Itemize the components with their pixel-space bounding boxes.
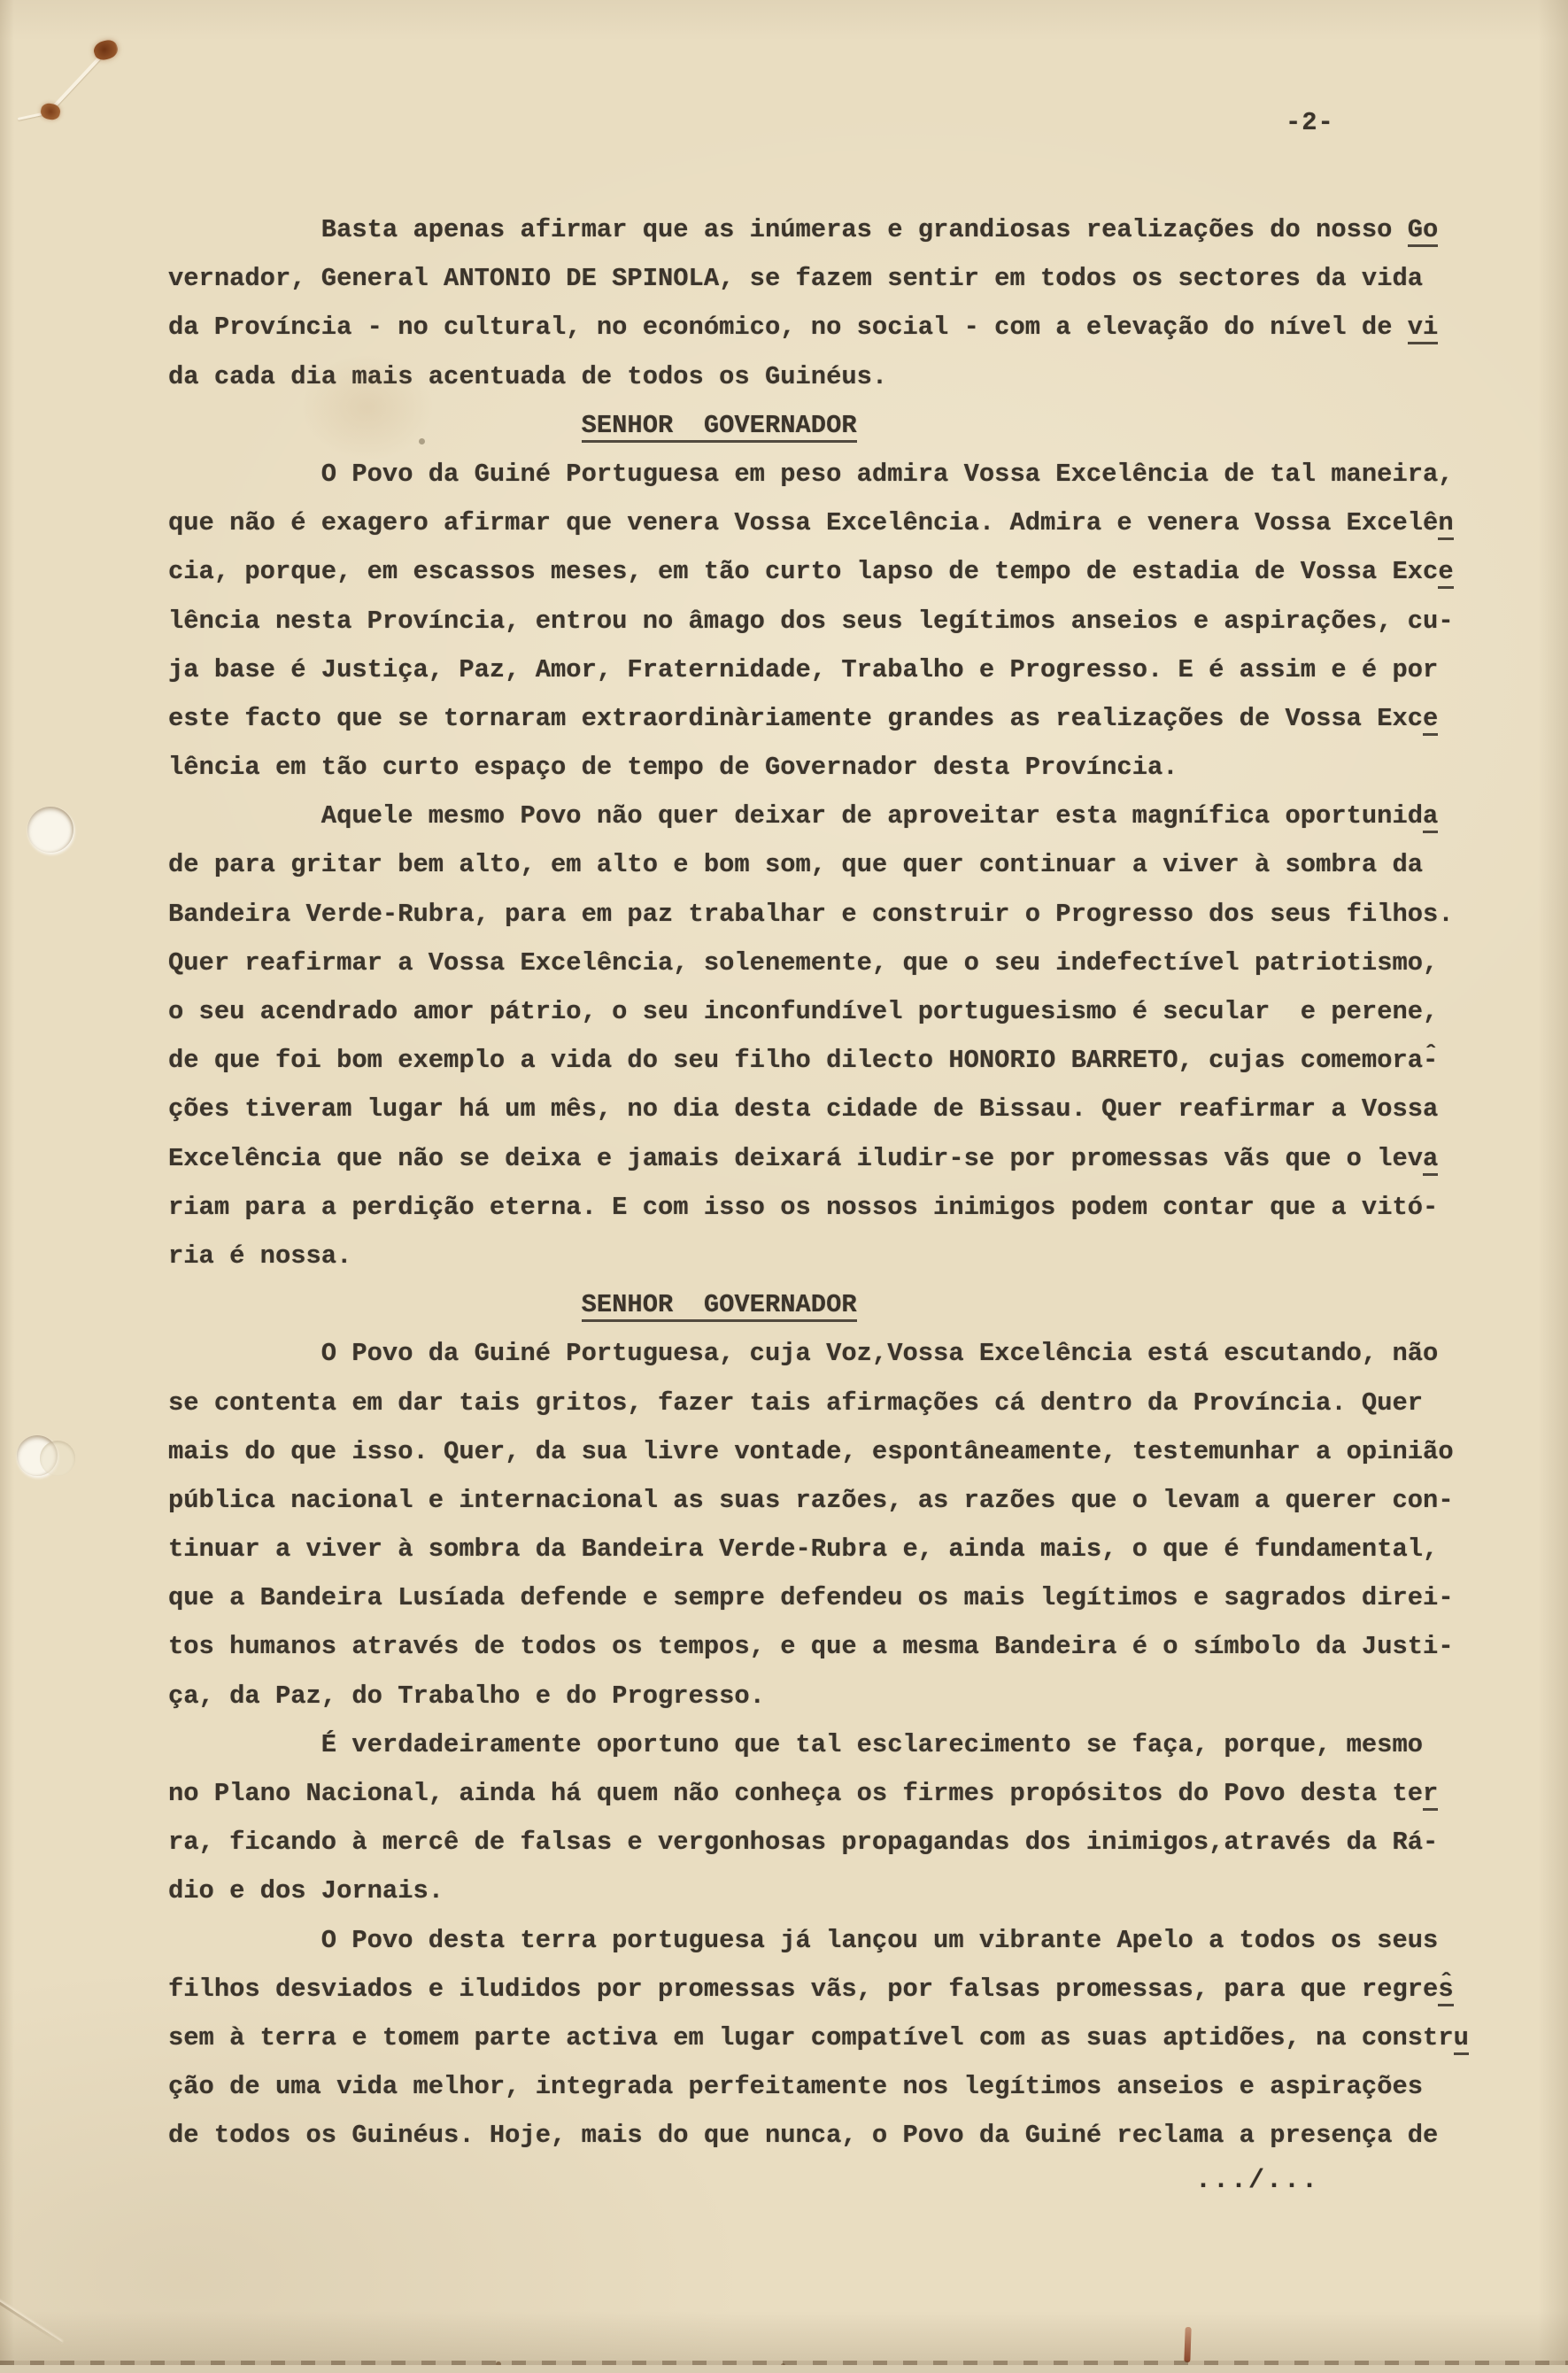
document-line: O Povo desta terra portuguesa já lançou … bbox=[168, 1916, 1496, 1965]
text-segment: r bbox=[1423, 1779, 1438, 1811]
document-line: tinuar a viver à sombra da Bandeira Verd… bbox=[168, 1525, 1496, 1573]
document-line: lência em tão curto espaço de tempo de G… bbox=[168, 743, 1496, 792]
document-text-block: Basta apenas afirmar que as inúmeras e g… bbox=[168, 205, 1496, 2160]
text-segment: mais do que isso. Quer, da sua livre von… bbox=[168, 1437, 1454, 1466]
text-segment: cia, porque, em escassos meses, em tão c… bbox=[168, 557, 1438, 586]
document-line: Basta apenas afirmar que as inúmeras e g… bbox=[168, 205, 1496, 254]
text-segment: de todos os Guinéus. Hoje, mais do que n… bbox=[168, 2121, 1438, 2150]
text-segment: u bbox=[1454, 2023, 1469, 2055]
text-segment: s bbox=[1438, 1975, 1453, 2006]
document-line: da Província - no cultural, no económico… bbox=[168, 303, 1496, 352]
document-line: cia, porque, em escassos meses, em tão c… bbox=[168, 547, 1496, 596]
document-line: que a Bandeira Lusíada defende e sempre … bbox=[168, 1573, 1496, 1622]
rust-streak bbox=[1184, 2327, 1191, 2362]
text-segment: n bbox=[1438, 508, 1453, 540]
document-line: pública nacional e internacional as suas… bbox=[168, 1476, 1496, 1525]
text-segment: a bbox=[1423, 801, 1438, 833]
section-heading: SENHOR GOVERNADOR bbox=[168, 1280, 1496, 1329]
text-segment: ções tiveram lugar há um mês, no dia des… bbox=[168, 1094, 1438, 1124]
staple-rust-mark bbox=[0, 0, 177, 177]
text-segment: vernador, General ANTONIO DE SPINOLA, se… bbox=[168, 264, 1423, 293]
text-segment: este facto que se tornaram extraordinàri… bbox=[168, 704, 1423, 733]
document-line: riam para a perdição eterna. E com isso … bbox=[168, 1183, 1496, 1232]
text-segment: de para gritar bem alto, em alto e bom s… bbox=[168, 850, 1423, 879]
paper-crease bbox=[0, 2299, 62, 2345]
document-line: dio e dos Jornais. bbox=[168, 1867, 1496, 1915]
text-segment: Aquele mesmo Povo não quer deixar de apr… bbox=[321, 801, 1423, 831]
document-line: tos humanos através de todos os tempos, … bbox=[168, 1622, 1496, 1671]
document-line: ção de uma vida melhor, integrada perfei… bbox=[168, 2062, 1496, 2111]
text-segment: vi bbox=[1408, 313, 1439, 344]
text-segment: de que foi bom exemplo a vida do seu fil… bbox=[168, 1046, 1423, 1075]
text-segment: Basta apenas afirmar que as inúmeras e g… bbox=[321, 215, 1408, 244]
text-segment: Quer reafirmar a Vossa Excelência, solen… bbox=[168, 948, 1438, 978]
text-segment: pública nacional e internacional as suas… bbox=[168, 1486, 1454, 1515]
text-segment: ça, da Paz, do Trabalho e do Progresso. bbox=[168, 1681, 765, 1711]
text-segment: Go bbox=[1408, 215, 1439, 247]
text-segment: filhos desviados e iludidos por promessa… bbox=[168, 1975, 1438, 2004]
text-segment: ra, ficando à mercê de falsas e vergonho… bbox=[168, 1828, 1438, 1857]
text-segment: que não é exagero afirmar que venera Vos… bbox=[168, 508, 1438, 537]
document-line: ra, ficando à mercê de falsas e vergonho… bbox=[168, 1818, 1496, 1867]
document-line: Excelência que não se deixa e jamais dei… bbox=[168, 1134, 1496, 1183]
document-line: vernador, General ANTONIO DE SPINOLA, se… bbox=[168, 254, 1496, 303]
document-line: mais do que isso. Quer, da sua livre von… bbox=[168, 1427, 1496, 1476]
punch-hole-top bbox=[27, 807, 73, 853]
document-line: se contenta em dar tais gritos, fazer ta… bbox=[168, 1379, 1496, 1427]
text-segment: SENHOR GOVERNADOR bbox=[582, 411, 857, 443]
paper-speck bbox=[419, 438, 425, 444]
text-segment: Bandeira Verde-Rubra, para em paz trabal… bbox=[168, 900, 1454, 929]
paper-stain bbox=[301, 354, 434, 460]
text-segment: SENHOR GOVERNADOR bbox=[582, 1290, 857, 1322]
text-segment: e bbox=[1438, 557, 1453, 589]
text-segment: lência em tão curto espaço de tempo de G… bbox=[168, 753, 1178, 782]
document-line: filhos desviados e iludidos por promessa… bbox=[168, 1965, 1496, 2014]
document-line: de todos os Guinéus. Hoje, mais do que n… bbox=[168, 2111, 1496, 2160]
document-line: Bandeira Verde-Rubra, para em paz trabal… bbox=[168, 890, 1496, 939]
text-segment: sem à terra e tomem parte activa em luga… bbox=[168, 2023, 1454, 2052]
text-segment: se contenta em dar tais gritos, fazer ta… bbox=[168, 1388, 1423, 1418]
document-line: lência nesta Província, entrou no âmago … bbox=[168, 597, 1496, 645]
text-segment: que a Bandeira Lusíada defende e sempre … bbox=[168, 1583, 1454, 1612]
document-line: sem à terra e tomem parte activa em luga… bbox=[168, 2014, 1496, 2062]
document-line: Quer reafirmar a Vossa Excelência, solen… bbox=[168, 939, 1496, 987]
text-segment: tos humanos através de todos os tempos, … bbox=[168, 1632, 1454, 1661]
text-segment: o seu acendrado amor pátrio, o seu incon… bbox=[168, 997, 1438, 1026]
text-segment: lência nesta Província, entrou no âmago … bbox=[168, 607, 1454, 636]
document-line: ja base é Justiça, Paz, Amor, Fraternida… bbox=[168, 645, 1496, 694]
text-segment: e bbox=[1423, 704, 1438, 736]
page-number: -2- bbox=[1286, 108, 1334, 137]
document-line: Aquele mesmo Povo não quer deixar de apr… bbox=[168, 792, 1496, 840]
document-line: ções tiveram lugar há um mês, no dia des… bbox=[168, 1085, 1496, 1133]
scan-background-strip bbox=[0, 2365, 1568, 2373]
text-segment: - bbox=[1423, 1046, 1438, 1075]
text-segment: tinuar a viver à sombra da Bandeira Verd… bbox=[168, 1534, 1438, 1564]
punch-hole-bottom bbox=[17, 1435, 58, 1476]
text-segment: O Povo da Guiné Portuguesa em peso admir… bbox=[321, 460, 1454, 489]
text-segment: ja base é Justiça, Paz, Amor, Fraternida… bbox=[168, 655, 1438, 684]
document-line: O Povo da Guiné Portuguesa, cuja Voz,Vos… bbox=[168, 1329, 1496, 1378]
text-segment: no Plano Nacional, ainda há quem não con… bbox=[168, 1779, 1423, 1808]
text-segment: ção de uma vida melhor, integrada perfei… bbox=[168, 2072, 1423, 2101]
text-segment: ria é nossa. bbox=[168, 1241, 351, 1271]
document-line: de que foi bom exemplo a vida do seu fil… bbox=[168, 1036, 1496, 1085]
document-line: ria é nossa. bbox=[168, 1232, 1496, 1280]
text-segment: É verdadeiramente oportuno que tal escla… bbox=[321, 1730, 1423, 1759]
text-segment: da cada dia mais acentuada de todos os G… bbox=[168, 362, 887, 391]
document-line: de para gritar bem alto, em alto e bom s… bbox=[168, 840, 1496, 889]
text-segment: a bbox=[1423, 1144, 1438, 1176]
scanned-typewritten-page: -2- Basta apenas afirmar que as inúmeras… bbox=[0, 0, 1568, 2373]
document-line: no Plano Nacional, ainda há quem não con… bbox=[168, 1769, 1496, 1818]
text-segment: dio e dos Jornais. bbox=[168, 1876, 444, 1905]
text-segment: Excelência que não se deixa e jamais dei… bbox=[168, 1144, 1423, 1173]
document-line: ça, da Paz, do Trabalho e do Progresso. bbox=[168, 1672, 1496, 1720]
text-segment: riam para a perdição eterna. E com isso … bbox=[168, 1193, 1438, 1222]
text-segment: O Povo desta terra portuguesa já lançou … bbox=[321, 1926, 1439, 1955]
text-segment: O Povo da Guiné Portuguesa, cuja Voz,Vos… bbox=[321, 1339, 1439, 1368]
document-line: que não é exagero afirmar que venera Vos… bbox=[168, 499, 1496, 547]
continuation-mark: .../... bbox=[1195, 2166, 1319, 2196]
text-segment: da Província - no cultural, no económico… bbox=[168, 313, 1408, 342]
document-line: este facto que se tornaram extraordinàri… bbox=[168, 694, 1496, 743]
document-line: É verdadeiramente oportuno que tal escla… bbox=[168, 1720, 1496, 1769]
document-line: o seu acendrado amor pátrio, o seu incon… bbox=[168, 987, 1496, 1036]
rust-spot-bottom bbox=[40, 102, 62, 121]
